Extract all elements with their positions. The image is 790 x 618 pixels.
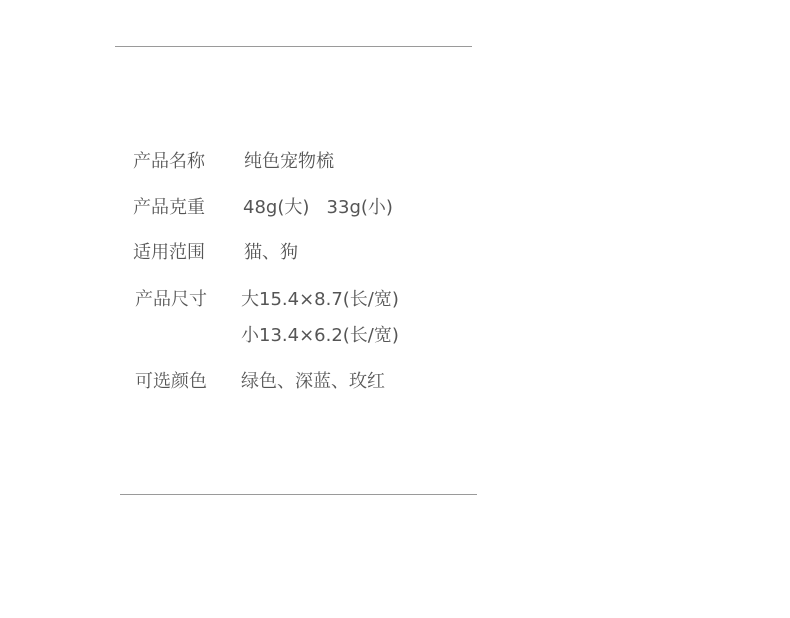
spec-value: 猫、狗 bbox=[244, 241, 298, 265]
spec-label: 产品名称 bbox=[133, 150, 205, 174]
spec-value: 绿色、深蓝、玫红 bbox=[241, 370, 385, 394]
spec-value: 48g(大) 33g(小) bbox=[243, 196, 393, 220]
top-divider bbox=[115, 46, 472, 47]
spec-label: 产品克重 bbox=[133, 196, 205, 220]
bottom-divider bbox=[120, 494, 477, 495]
spec-value: 纯色宠物梳 bbox=[244, 150, 334, 174]
spec-label: 产品尺寸 bbox=[135, 288, 207, 312]
spec-value: 大15.4×8.7(长/宽) bbox=[241, 288, 399, 312]
spec-label: 可选颜色 bbox=[135, 370, 207, 394]
spec-label: 适用范围 bbox=[133, 241, 205, 265]
spec-value: 小13.4×6.2(长/宽) bbox=[241, 324, 399, 348]
